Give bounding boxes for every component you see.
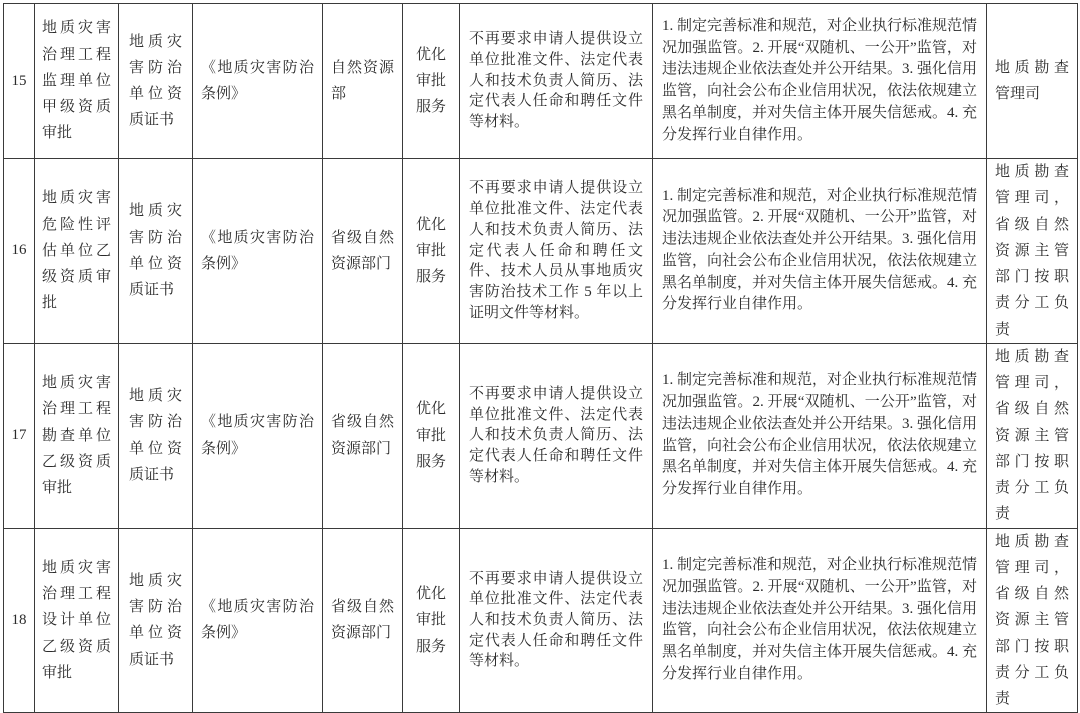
cell-row-number: 18 (4, 528, 35, 713)
cell-legal-basis: 《地质灾害防治条例》 (193, 528, 323, 713)
cell-regulation-measures: 1. 制定完善标准和规范，对企业执行标准规范情况加强监管。2. 开展“双随机、一… (653, 343, 987, 528)
cell-row-number: 16 (4, 159, 35, 344)
document-page: 15 地质灾害治理工程监理单位甲级资质审批 地质灾害防治单位资质证书 《地质灾害… (0, 0, 1080, 629)
cell-reform-mode: 优化审批服务 (403, 4, 460, 159)
cell-authority: 省级自然资源部门 (323, 343, 403, 528)
cell-row-number: 15 (4, 4, 35, 159)
cell-responsible-dept: 地质勘查管理司 (987, 4, 1078, 159)
cell-responsible-dept: 地质勘查管理司，省级自然资源主管部门按职责分工负责 (987, 528, 1078, 713)
cell-regulation-measures: 1. 制定完善标准和规范，对企业执行标准规范情况加强监管。2. 开展“双随机、一… (653, 4, 987, 159)
table-row: 15 地质灾害治理工程监理单位甲级资质审批 地质灾害防治单位资质证书 《地质灾害… (4, 4, 1078, 159)
table-row: 17 地质灾害治理工程勘查单位乙级资质审批 地质灾害防治单位资质证书 《地质灾害… (4, 343, 1078, 528)
approval-items-table: 15 地质灾害治理工程监理单位甲级资质审批 地质灾害防治单位资质证书 《地质灾害… (3, 3, 1078, 713)
cell-responsible-dept: 地质勘查管理司，省级自然资源主管部门按职责分工负责 (987, 159, 1078, 344)
cell-reform-content: 不再要求申请人提供设立单位批准文件、法定代表人和技术负责人简历、法定代表人任命和… (460, 343, 653, 528)
cell-certificate: 地质灾害防治单位资质证书 (119, 528, 193, 713)
cell-reform-content: 不再要求申请人提供设立单位批准文件、法定代表人和技术负责人简历、法定代表人任命和… (460, 4, 653, 159)
cell-responsible-dept: 地质勘查管理司，省级自然资源主管部门按职责分工负责 (987, 343, 1078, 528)
cell-item-name: 地质灾害治理工程监理单位甲级资质审批 (35, 4, 119, 159)
table-row: 16 地质灾害危险性评估单位乙级资质审批 地质灾害防治单位资质证书 《地质灾害防… (4, 159, 1078, 344)
cell-legal-basis: 《地质灾害防治条例》 (193, 4, 323, 159)
cell-regulation-measures: 1. 制定完善标准和规范，对企业执行标准规范情况加强监管。2. 开展“双随机、一… (653, 528, 987, 713)
table-row: 18 地质灾害治理工程设计单位乙级资质审批 地质灾害防治单位资质证书 《地质灾害… (4, 528, 1078, 713)
cell-legal-basis: 《地质灾害防治条例》 (193, 159, 323, 344)
cell-certificate: 地质灾害防治单位资质证书 (119, 4, 193, 159)
cell-reform-mode: 优化审批服务 (403, 528, 460, 713)
cell-authority: 省级自然资源部门 (323, 159, 403, 344)
cell-item-name: 地质灾害危险性评估单位乙级资质审批 (35, 159, 119, 344)
cell-reform-content: 不再要求申请人提供设立单位批准文件、法定代表人和技术负责人简历、法定代表人任命和… (460, 159, 653, 344)
cell-reform-mode: 优化审批服务 (403, 159, 460, 344)
cell-reform-mode: 优化审批服务 (403, 343, 460, 528)
cell-authority: 省级自然资源部门 (323, 528, 403, 713)
cell-certificate: 地质灾害防治单位资质证书 (119, 343, 193, 528)
cell-legal-basis: 《地质灾害防治条例》 (193, 343, 323, 528)
cell-reform-content: 不再要求申请人提供设立单位批准文件、法定代表人和技术负责人简历、法定代表人任命和… (460, 528, 653, 713)
cell-item-name: 地质灾害治理工程设计单位乙级资质审批 (35, 528, 119, 713)
cell-row-number: 17 (4, 343, 35, 528)
cell-item-name: 地质灾害治理工程勘查单位乙级资质审批 (35, 343, 119, 528)
cell-regulation-measures: 1. 制定完善标准和规范，对企业执行标准规范情况加强监管。2. 开展“双随机、一… (653, 159, 987, 344)
cell-certificate: 地质灾害防治单位资质证书 (119, 159, 193, 344)
cell-authority: 自然资源部 (323, 4, 403, 159)
